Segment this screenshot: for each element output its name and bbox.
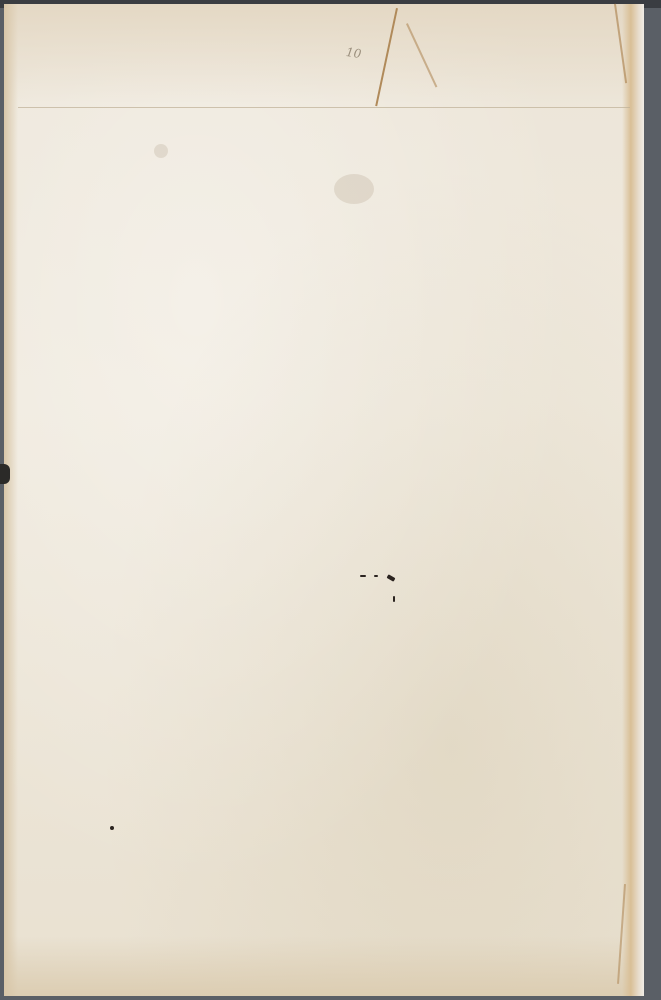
top-edge-wear [4, 4, 644, 104]
book-cover: 10 [4, 4, 644, 996]
fold-line [18, 107, 630, 108]
bottom-edge-wear [4, 936, 644, 996]
ink-mark [374, 575, 378, 577]
stain [154, 144, 168, 158]
ink-mark [360, 575, 366, 577]
page-number-annotation: 10 [345, 45, 362, 61]
ink-mark [393, 596, 395, 602]
right-edge-wear [622, 4, 644, 996]
binding-hole [0, 464, 10, 484]
stain [334, 174, 374, 204]
ink-mark [110, 826, 114, 830]
ink-mark [387, 574, 396, 581]
left-edge-wear [4, 4, 18, 996]
